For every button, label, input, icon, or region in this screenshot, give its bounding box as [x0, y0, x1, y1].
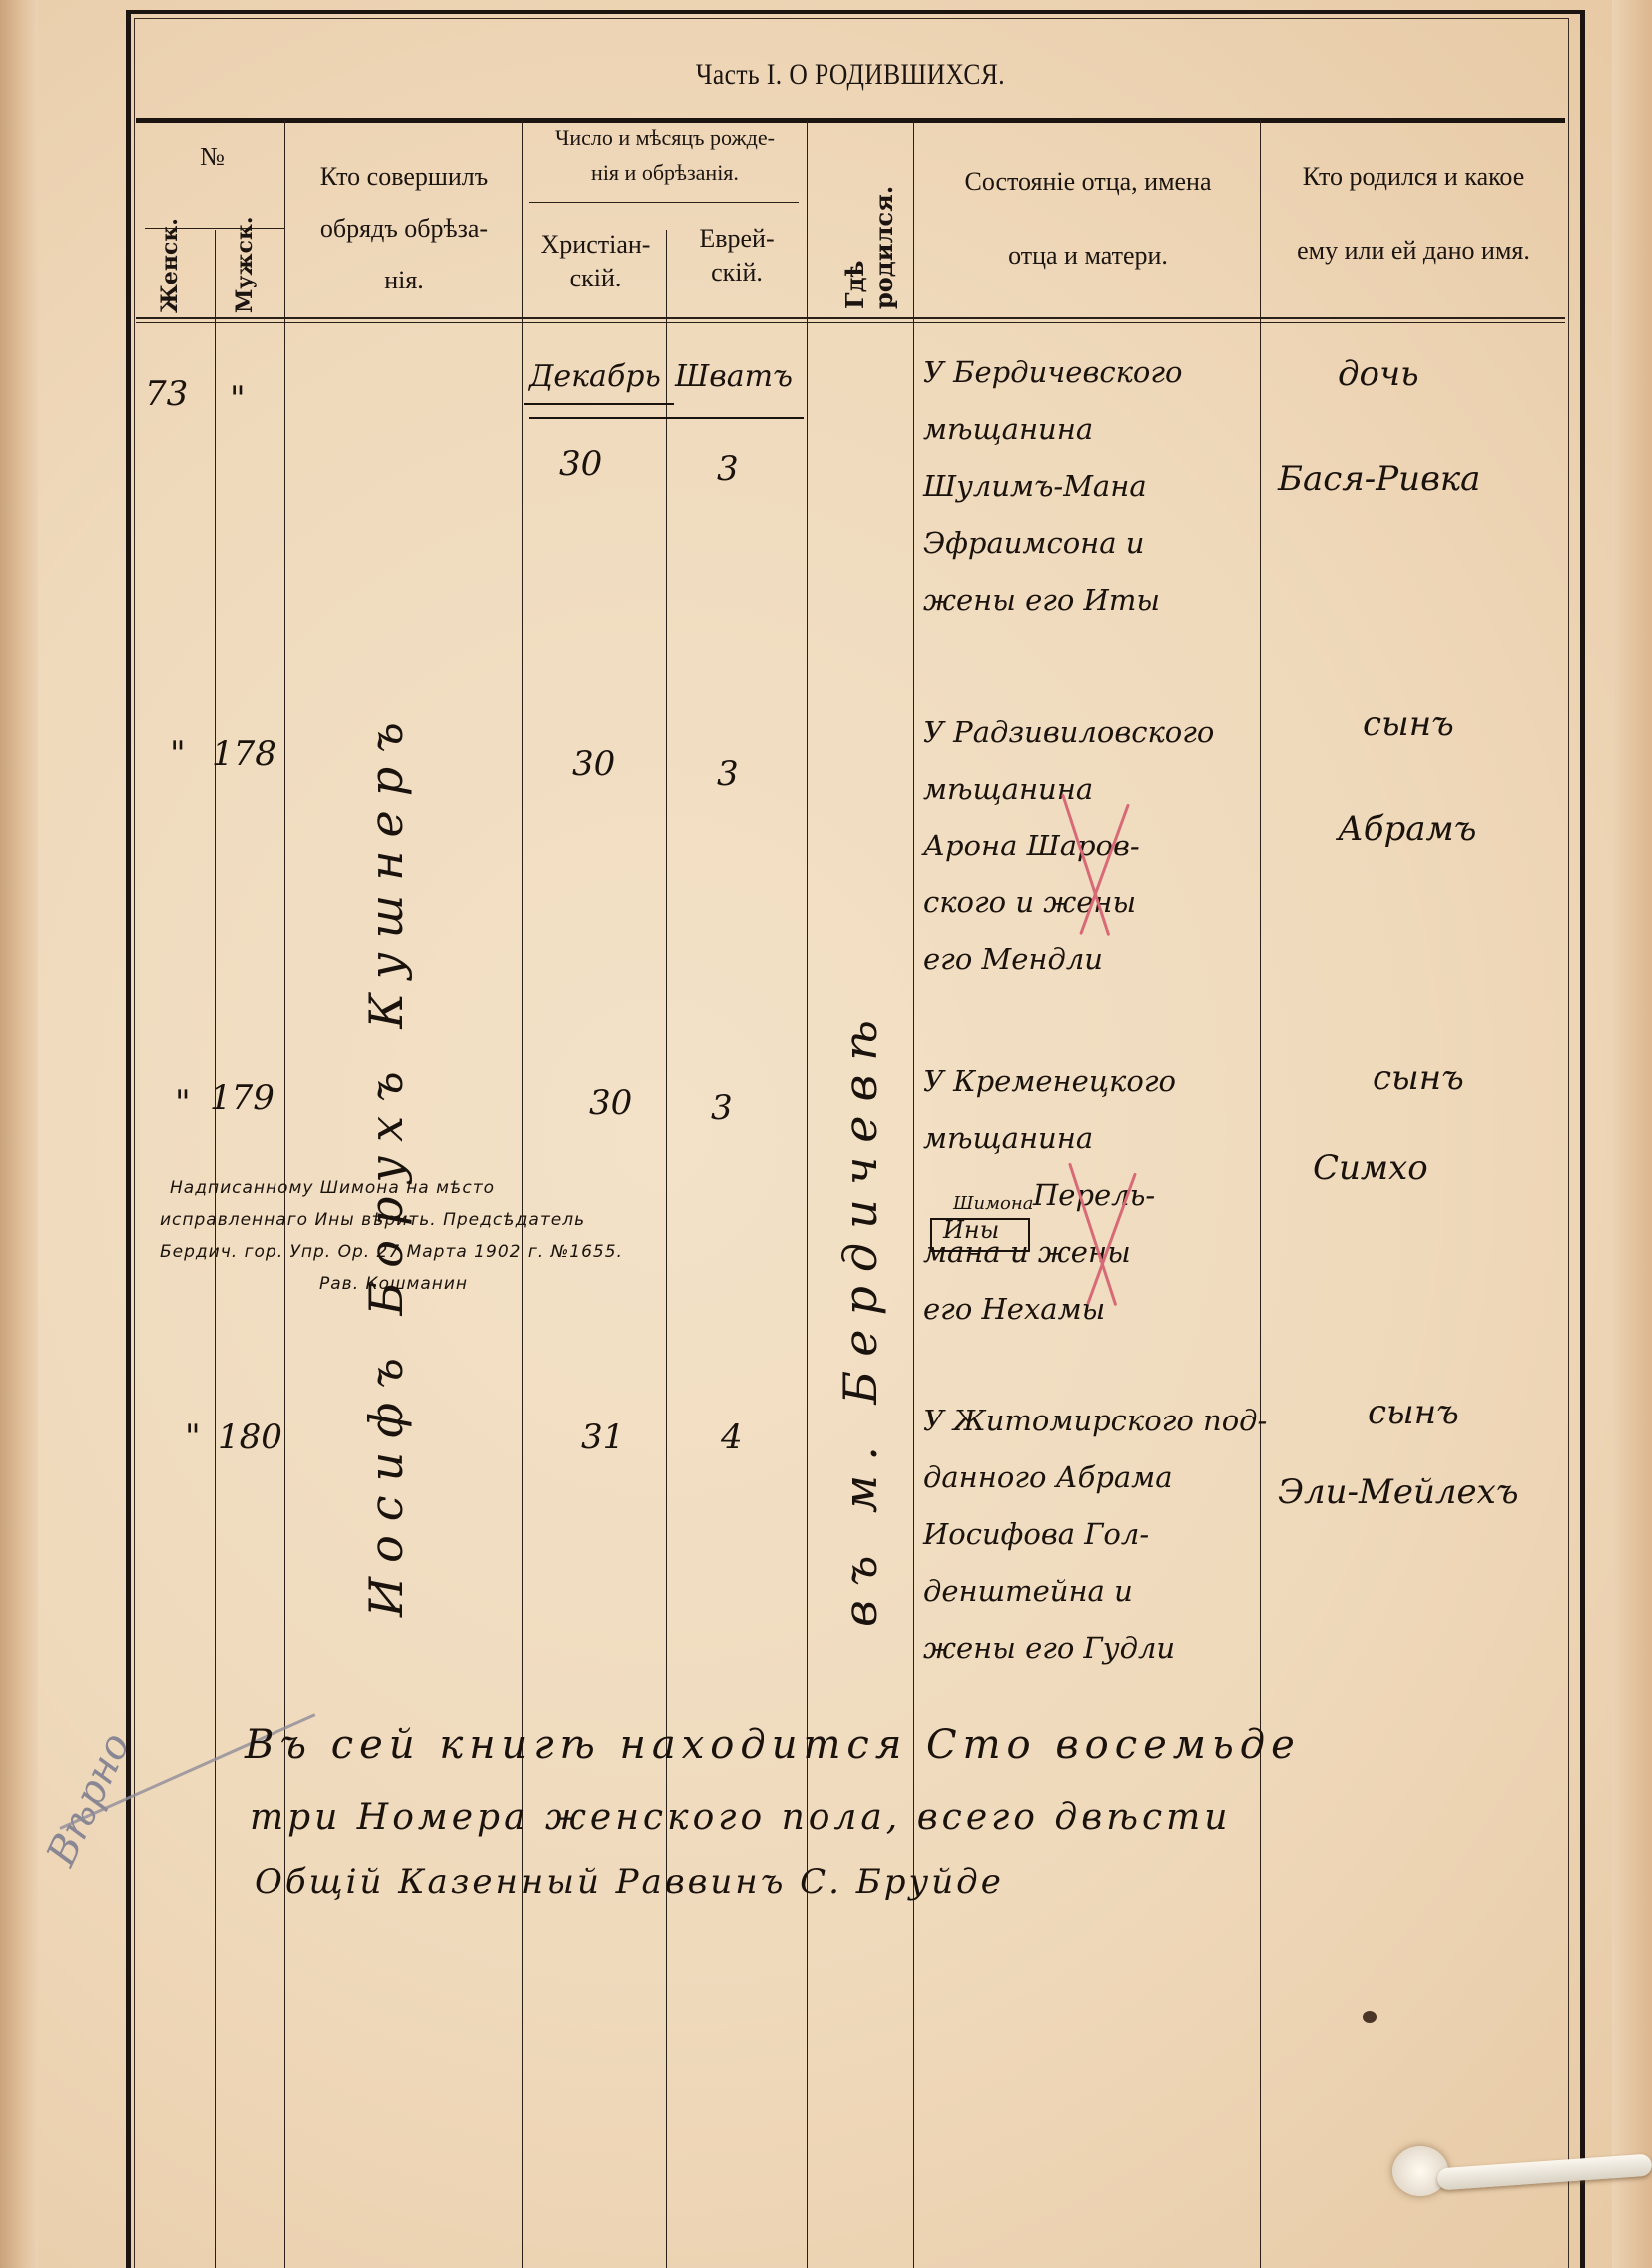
header-parents: Состояніе отца, имена отца и матери.	[918, 165, 1258, 273]
header-circumciser-line3: нія.	[289, 264, 519, 297]
record-1-parents-line2: мѣщанина	[923, 401, 1263, 458]
record-3-parents-line2: мѣщанина	[923, 1110, 1263, 1167]
annotation-line-1: Надписанному Шимона на мѣсто	[170, 1178, 495, 1198]
header-number: №	[140, 140, 284, 174]
record-4-parents-line1: У Житомирского под-	[923, 1393, 1268, 1449]
header-male: Мужск.	[232, 240, 258, 313]
annotation-line-2: исправленнаго Ины вѣрить. Предсѣдатель	[160, 1210, 585, 1230]
month-underline-christian	[524, 403, 674, 405]
header-child-line1: Кто родился и какое	[1264, 160, 1563, 194]
record-1-child-name: Бася-Ривка	[1278, 459, 1480, 499]
record-1-parents: У Бердичевского мѣщанина Шулимъ-Мана Эфр…	[923, 344, 1263, 629]
record-1-parents-line4: Эфраимсона и	[923, 515, 1263, 572]
record-3-struck-word: Ины	[943, 1216, 999, 1244]
record-2-christian-day: 30	[572, 744, 615, 784]
column-divider-date-birthplace	[807, 120, 808, 2268]
header-jewish: Еврей- скій.	[667, 222, 807, 289]
column-divider-christian-jewish	[666, 230, 667, 2268]
month-christian: Декабрь	[529, 359, 661, 394]
record-3-child-sex: сынъ	[1373, 1058, 1464, 1098]
circumciser-name: Иосифъ Борухъ Кушнеръ	[359, 369, 413, 1617]
record-4-parents-line4: денштейна и	[923, 1563, 1268, 1620]
record-1-female-no: 73	[145, 374, 188, 414]
record-1-child-sex: дочь	[1338, 354, 1419, 394]
record-4-female-no: "	[185, 1417, 201, 1457]
record-1-parents-line1: У Бердичевского	[923, 344, 1263, 401]
header-circumciser-line1: Кто совершилъ	[289, 160, 519, 194]
record-2-parents-line1: У Радзивиловского	[923, 704, 1263, 761]
record-2-parents: У Радзивиловского мѣщанина Арона Шаров- …	[923, 704, 1263, 988]
header-child-line2: ему или ей дано имя.	[1264, 234, 1563, 268]
binding-hole	[1363, 2011, 1377, 2023]
book-spine-edge	[0, 0, 38, 2268]
record-3-child-name: Симхо	[1313, 1148, 1428, 1188]
record-4-parents-line3: Иосифова Гол-	[923, 1506, 1268, 1563]
header-bottom-rule	[136, 317, 1565, 319]
closing-note-line-1: Въ сей книгѣ находится Сто восемьде	[245, 1722, 1301, 1768]
header-date-line1: Число и мѣсяцъ рожде-	[525, 124, 805, 153]
header-top-rule	[136, 118, 1565, 123]
header-jewish-line2: скій.	[667, 256, 807, 289]
page-title: Часть I. О РОДИВШИХСЯ.	[243, 58, 1457, 92]
record-4-parents: У Житомирского под- данного Абрама Иосиф…	[923, 1393, 1268, 1677]
record-4-parents-line5: жены его Гудли	[923, 1620, 1268, 1677]
record-1-christian-day: 30	[559, 444, 602, 484]
header-parents-line2: отца и матери.	[918, 239, 1258, 273]
annotation-line-3: Бердич. гор. Упр. Ор. 27 Марта 1902 г. №…	[160, 1242, 623, 1262]
header-date-group: Число и мѣсяцъ рожде- нія и обрѣзанія.	[525, 124, 805, 187]
record-1-parents-line3: Шулимъ-Мана	[923, 458, 1263, 515]
record-4-male-no: 180	[218, 1417, 282, 1457]
record-2-male-no: 178	[212, 734, 276, 774]
header-bottom-rule-thin	[136, 322, 1565, 323]
column-divider-circumciser-date	[522, 120, 523, 2268]
header-birthplace: Гдѣ родился.	[840, 135, 898, 309]
record-2-parents-line2: мѣщанина	[923, 761, 1263, 818]
title-band: Часть I. О РОДИВШИХСЯ.	[136, 22, 1565, 100]
page-right-edge	[1612, 0, 1652, 2268]
header-christian: Христіан- скій.	[525, 228, 666, 295]
record-3-inserted-word: Шимона	[953, 1193, 1033, 1214]
record-2-parents-line3: Арона Шаров-	[923, 818, 1263, 874]
record-2-parents-line5: его Мендли	[923, 931, 1263, 988]
record-1-jewish-day: 3	[717, 449, 739, 489]
header-child: Кто родился и какое ему или ей дано имя.	[1264, 160, 1563, 268]
record-2-jewish-day: 3	[717, 754, 739, 794]
record-4-parents-line2: данного Абрама	[923, 1449, 1268, 1506]
record-3-christian-day: 30	[589, 1083, 632, 1123]
header-christian-line1: Христіан-	[525, 228, 666, 262]
header-circumciser: Кто совершилъ обрядъ обрѣза- нія.	[289, 160, 519, 296]
annotation-line-4: Рав. Кошманин	[319, 1274, 468, 1294]
header-female: Женск.	[157, 240, 183, 313]
header-date-line2: нія и обрѣзанія.	[525, 159, 805, 188]
birthplace-name: въ м. Бердичевѣ	[833, 369, 887, 1627]
record-3-jewish-day: 3	[711, 1088, 733, 1128]
record-3-parents-line1: У Кременецкого	[923, 1053, 1263, 1110]
record-3-male-no: 179	[210, 1078, 275, 1118]
record-4-child-sex: сынъ	[1368, 1393, 1459, 1432]
closing-note-line-2: три Номера женского пола, всего двѣсти	[250, 1797, 1231, 1838]
header-parents-line1: Состояніе отца, имена	[918, 165, 1258, 199]
record-2-child-sex: сынъ	[1363, 704, 1454, 744]
header-christian-line2: скій.	[525, 262, 666, 295]
month-jewish: Шватъ	[675, 359, 793, 394]
date-subheader-rule	[529, 202, 799, 203]
record-1-male-no: "	[230, 379, 246, 419]
record-2-female-no: "	[170, 734, 186, 774]
record-1-parents-line5: жены его Иты	[923, 572, 1263, 629]
closing-note-line-3-signature: Общій Казенный Раввинъ С. Бруйде	[255, 1862, 1004, 1902]
header-circumciser-line2: обрядъ обрѣза-	[289, 212, 519, 246]
record-4-jewish-day: 4	[721, 1417, 743, 1457]
record-4-christian-day: 31	[581, 1417, 624, 1457]
header-jewish-line1: Еврей-	[667, 222, 807, 256]
month-underline-date	[529, 417, 804, 419]
record-2-child-name: Абрамъ	[1338, 809, 1476, 849]
column-divider-birthplace-parents	[913, 120, 914, 2268]
record-3-female-no: "	[175, 1083, 191, 1123]
record-4-child-name: Эли-Мейлехъ	[1278, 1472, 1519, 1512]
